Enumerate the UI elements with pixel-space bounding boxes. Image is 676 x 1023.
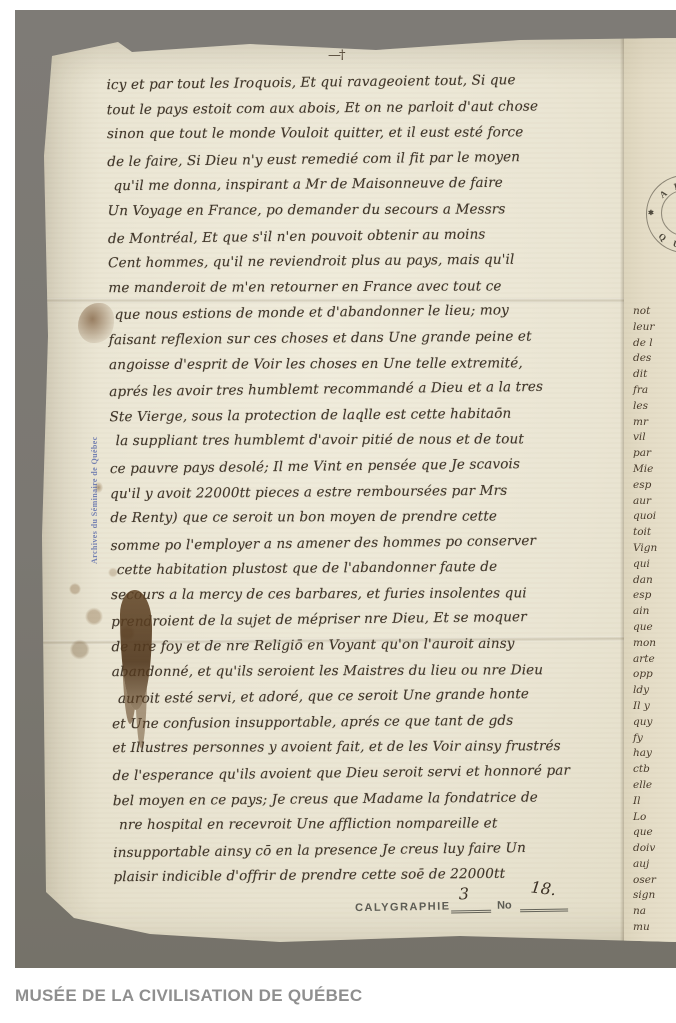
adjacent-page-fragment: oser xyxy=(633,873,676,889)
calygraphie-stamp: CALYGRAPHIE No 3 18. xyxy=(355,882,606,926)
adjacent-page-fragment: ldy xyxy=(633,683,676,699)
adjacent-page-fragment: dan xyxy=(633,573,676,589)
adjacent-page-fragment: Vign xyxy=(633,541,676,557)
adjacent-page-fragment: Mie xyxy=(633,462,676,478)
adjacent-page-fragment: dit xyxy=(633,367,676,383)
circular-stamp-letter: Q xyxy=(657,231,669,243)
adjacent-page-fragment: elle xyxy=(633,778,676,794)
adjacent-page-fragment: arte xyxy=(633,652,676,668)
calygraphie-stamp-no-label: No xyxy=(497,899,512,911)
manuscript-line: Ste Vierge, sous la protection de laqlle… xyxy=(109,400,621,430)
adjacent-page-fragment: les xyxy=(633,399,676,415)
adjacent-page-fragment: fra xyxy=(633,383,676,399)
manuscript-line: bel moyen en ce pays; Je creus que Madam… xyxy=(113,784,625,814)
adjacent-page-fragment: esp xyxy=(633,588,676,604)
archives-seminaire-stamp: Archives du Séminaire de Québec xyxy=(90,388,99,564)
calygraphie-stamp-label: CALYGRAPHIE xyxy=(355,901,451,915)
manuscript-line: tout le pays estoit com aux abois, Et on… xyxy=(107,93,619,123)
adjacent-page-fragment: quy xyxy=(633,715,676,731)
manuscript-line: nre hospital en recevroit Une affliction… xyxy=(113,811,625,839)
manuscript-page: —† icy et par tout les Iroquois, Et qui … xyxy=(40,36,676,944)
handwritten-number: 3 xyxy=(459,884,470,903)
adjacent-page-fragment: not xyxy=(633,304,676,320)
adjacent-page-fragment: doiv xyxy=(633,841,676,857)
adjacent-page-fragment: Il y xyxy=(633,699,676,715)
adjacent-page-fragment: mr xyxy=(633,415,676,431)
adjacent-page-fragment: quoi xyxy=(633,509,676,525)
adjacent-page-fragment: par xyxy=(633,446,676,462)
manuscript-text: icy et par tout les Iroquois, Et qui rav… xyxy=(106,68,625,891)
circular-stamp-star: ✱ xyxy=(648,209,654,217)
adjacent-page-fragment: vil xyxy=(633,430,676,446)
adjacent-page-fragment: de l xyxy=(633,336,676,352)
adjacent-page-fragment: aur xyxy=(633,494,676,510)
museum-caption: MUSÉE DE LA CIVILISATION DE QUÉBEC xyxy=(15,986,362,1006)
handwritten-number: 18. xyxy=(530,877,558,899)
adjacent-page-fragment: mu xyxy=(633,920,676,936)
manuscript-line: sinon que tout le monde Vouloit quitter,… xyxy=(107,120,619,148)
adjacent-page-fragment: que xyxy=(633,825,676,841)
header-cross-mark: —† xyxy=(328,48,344,63)
manuscript-line: de Renty) que ce seroit un bon moyen de … xyxy=(110,504,622,532)
adjacent-page-fragment: Lo xyxy=(633,810,676,826)
stamp-underline xyxy=(451,910,491,914)
circular-stamp-letter: U xyxy=(672,238,676,250)
adjacent-page-fragment: mon xyxy=(633,636,676,652)
adjacent-page-fragment: opp xyxy=(633,667,676,683)
photo-background: —† icy et par tout les Iroquois, Et qui … xyxy=(15,10,676,968)
adjacent-page-fragment: auj xyxy=(633,857,676,873)
adjacent-page-fragment: leur xyxy=(633,320,676,336)
adjacent-page-fragment: des xyxy=(633,351,676,367)
page-root: —† icy et par tout les Iroquois, Et qui … xyxy=(0,0,676,1023)
adjacent-page-fragment: qui xyxy=(633,557,676,573)
adjacent-page-fragment: ctb xyxy=(633,762,676,778)
adjacent-page-fragment: ain xyxy=(633,604,676,620)
adjacent-page-fragment: fy xyxy=(633,731,676,747)
adjacent-page-fragment: esp xyxy=(633,478,676,494)
adjacent-page-fragment: na xyxy=(633,904,676,920)
manuscript-line: et Une confusion insupportable, aprés ce… xyxy=(112,708,624,738)
manuscript-line: de nre foy et de nre Religiō en Voyant q… xyxy=(111,631,623,661)
adjacent-page-fragment: que xyxy=(633,620,676,636)
adjacent-page-fragment: toit xyxy=(633,525,676,541)
adjacent-page-fragment: sign xyxy=(633,888,676,904)
adjacent-page: notleurde ldesditfralesmrvilparMieespaur… xyxy=(624,36,676,944)
adjacent-page-fragment: Il xyxy=(633,794,676,810)
adjacent-page-fragment: hay xyxy=(633,746,676,762)
manuscript-line: faisant reflexion sur ces choses et dans… xyxy=(109,324,621,354)
manuscript-line: Un Voyage en France, po demander du seco… xyxy=(108,197,620,225)
stamp-underline xyxy=(520,908,568,912)
